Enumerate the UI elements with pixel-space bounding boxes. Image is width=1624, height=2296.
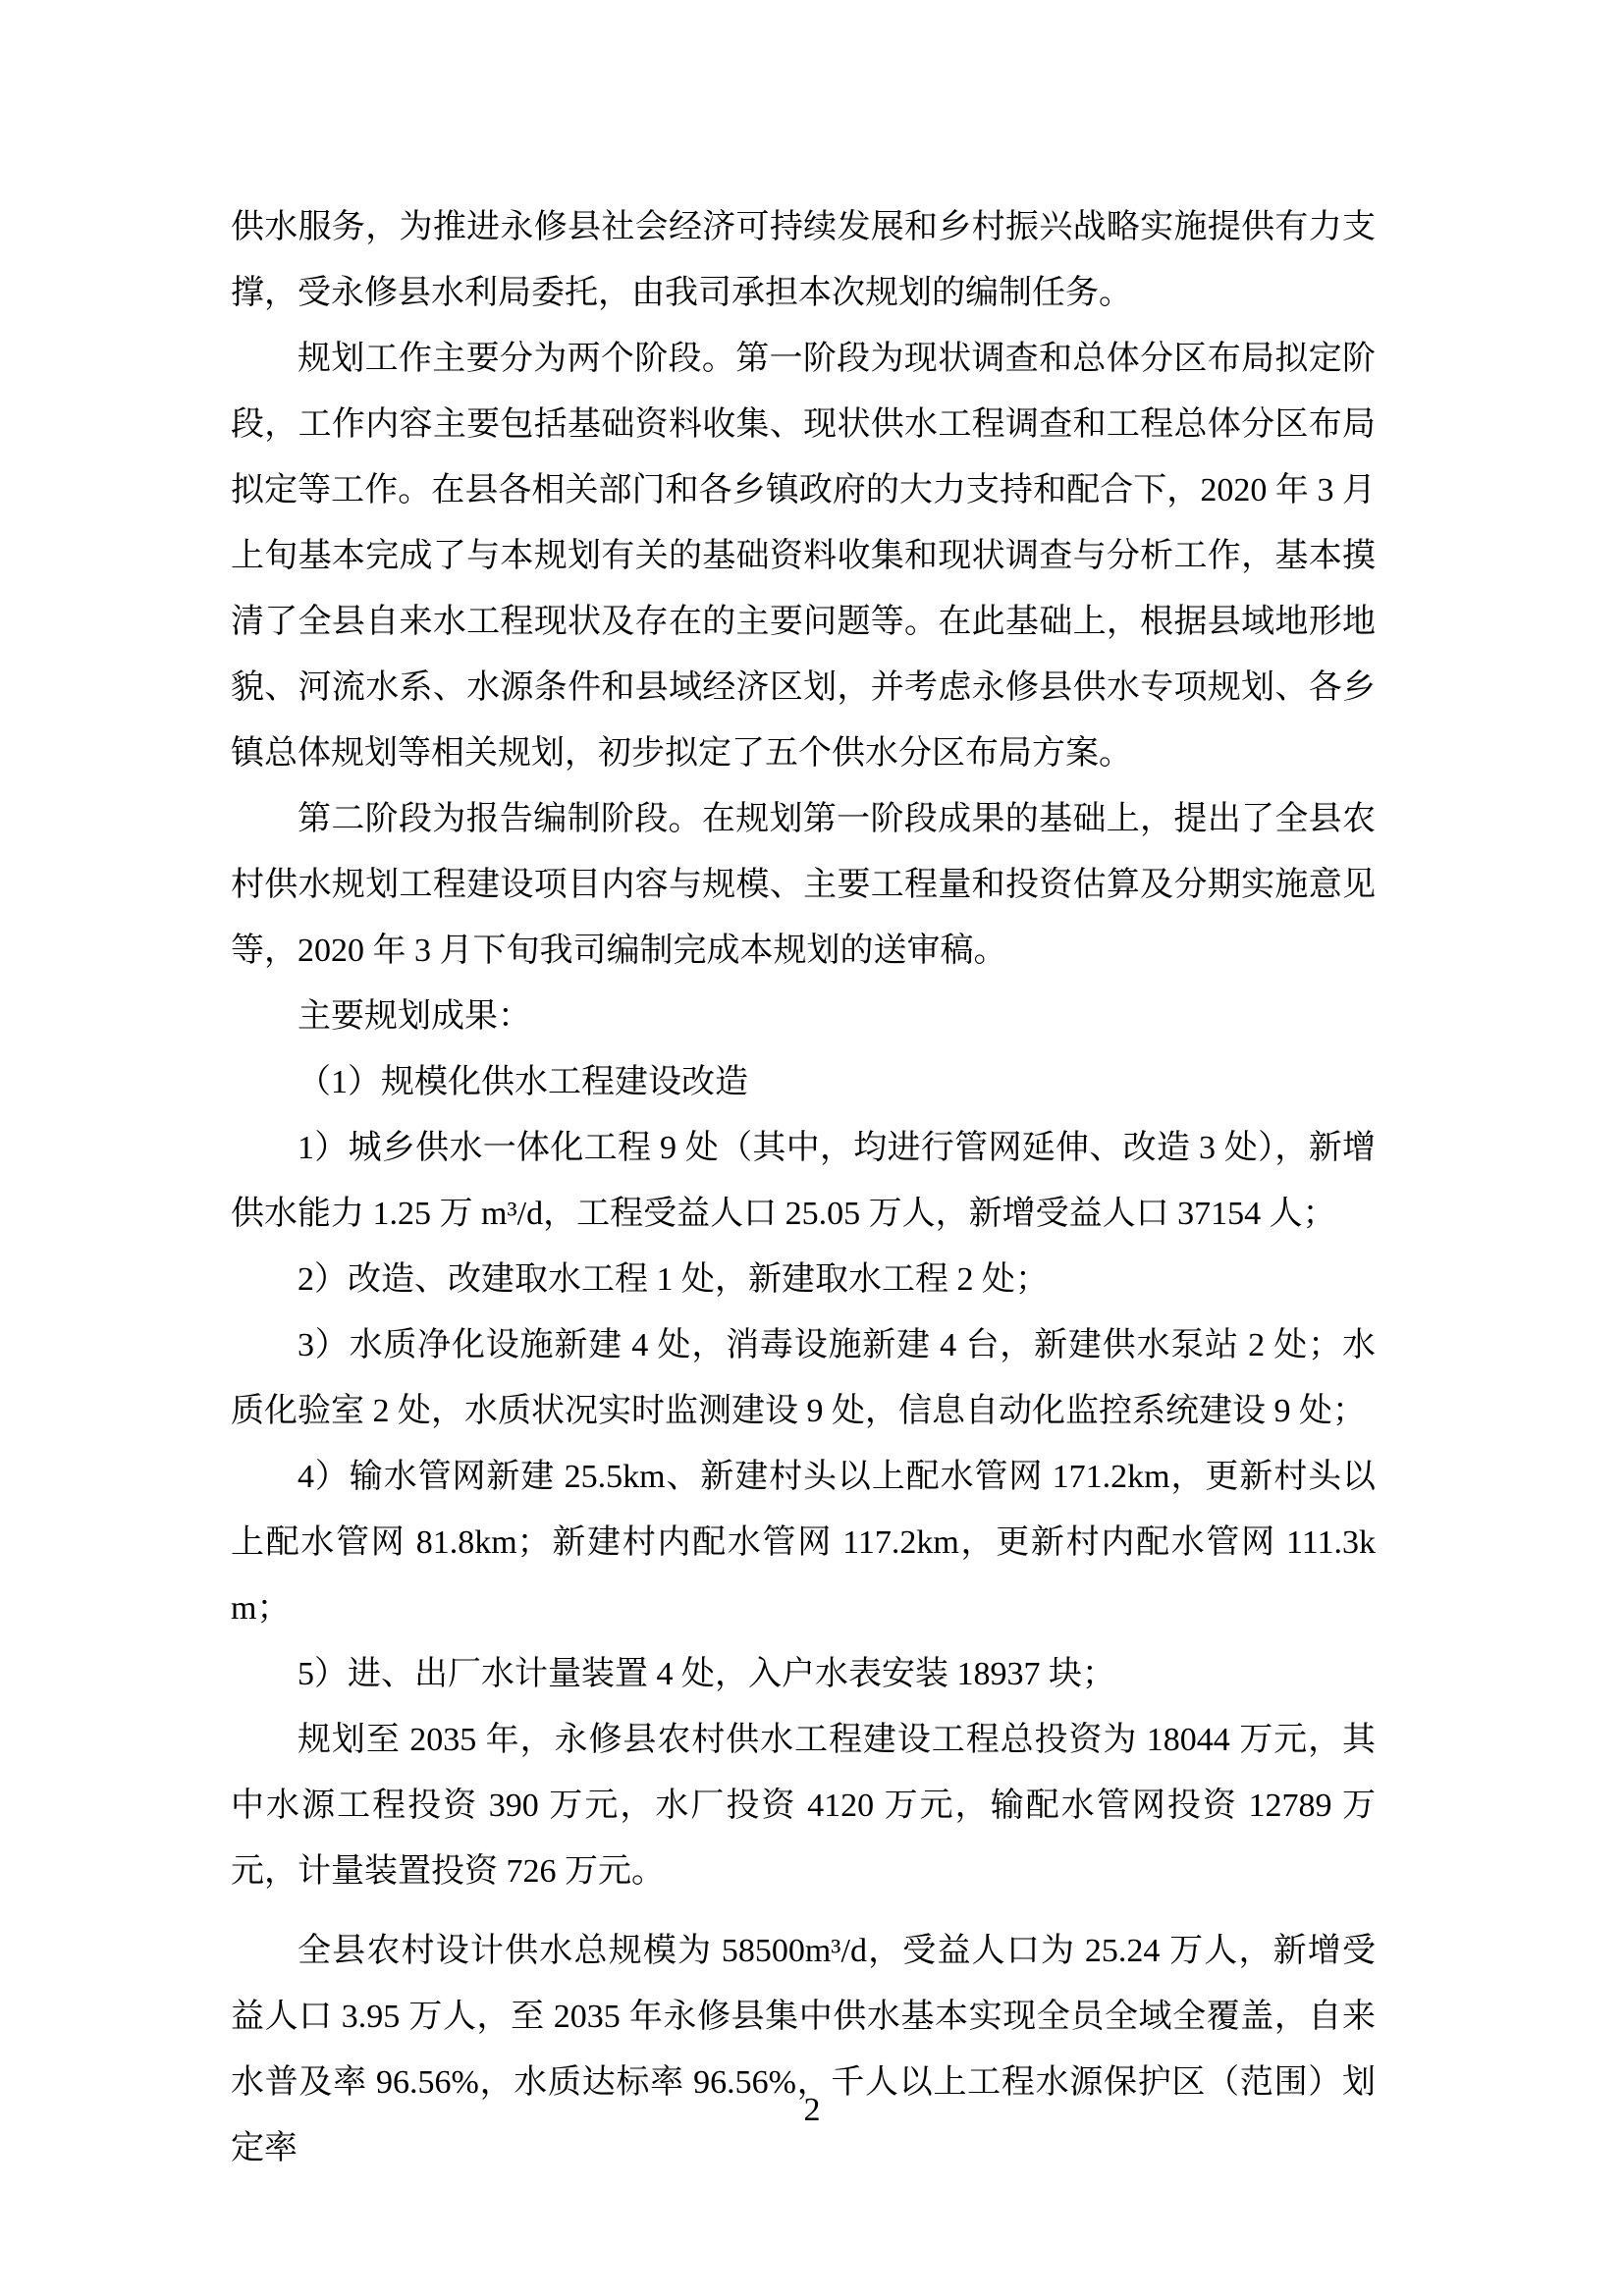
para-sub-item-3: 3）水质净化设施新建 4 处，消毒设施新建 4 台，新建供水泵站 2 处；水质化…	[231, 1312, 1376, 1444]
para-stage-two: 第二阶段为报告编制阶段。在规划第一阶段成果的基础上，提出了全县农村供水规划工程建…	[231, 786, 1376, 984]
para-item-1-heading: （1）规模化供水工程建设改造	[231, 1049, 1376, 1115]
page-number: 2	[0, 2087, 1624, 2134]
document-body: 供水服务，为推进永修县社会经济可持续发展和乡村振兴战略实施提供有力支撑，受永修县…	[231, 194, 1376, 2181]
para-intro-continuation: 供水服务，为推进永修县社会经济可持续发展和乡村振兴战略实施提供有力支撑，受永修县…	[231, 194, 1376, 326]
para-scale-summary: 全县农村设计供水总规模为 58500m³/d，受益人口为 25.24 万人，新增…	[231, 1918, 1376, 2181]
document-page: 供水服务，为推进永修县社会经济可持续发展和乡村振兴战略实施提供有力支撑，受永修县…	[0, 0, 1624, 2296]
para-investment-summary: 规划至 2035 年，永修县农村供水工程建设工程总投资为 18044 万元，其中…	[231, 1707, 1376, 1904]
para-sub-item-2: 2）改造、改建取水工程 1 处，新建取水工程 2 处；	[231, 1247, 1376, 1312]
para-stage-one: 规划工作主要分为两个阶段。第一阶段为现状调查和总体分区布局拟定阶段，工作内容主要…	[231, 326, 1376, 786]
para-sub-item-1: 1）城乡供水一体化工程 9 处（其中，均进行管网延伸、改造 3 处），新增供水能…	[231, 1115, 1376, 1247]
para-sub-item-4: 4）输水管网新建 25.5km、新建村头以上配水管网 171.2km，更新村头以…	[231, 1444, 1376, 1641]
para-main-results-heading: 主要规划成果：	[231, 984, 1376, 1049]
para-sub-item-5: 5）进、出厂水计量装置 4 处，入户水表安装 18937 块；	[231, 1641, 1376, 1707]
